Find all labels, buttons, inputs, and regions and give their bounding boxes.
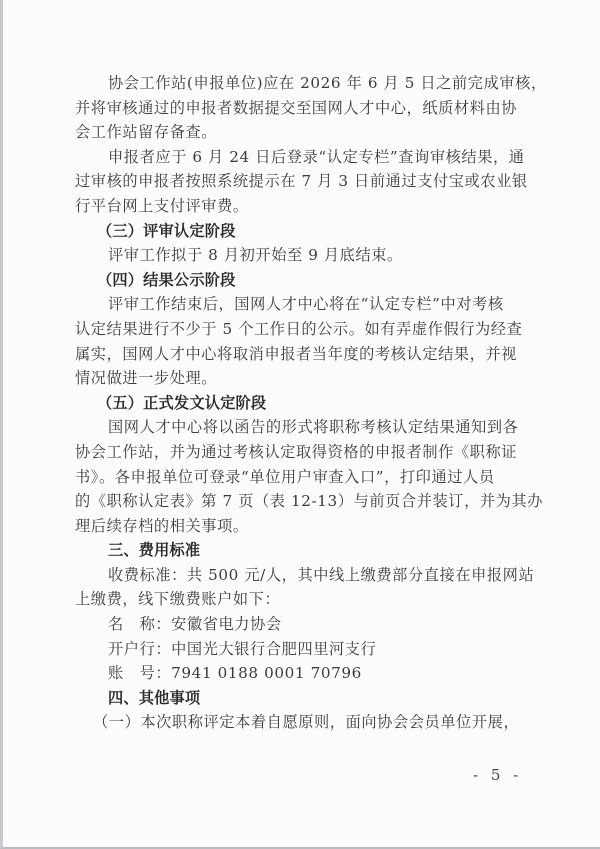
paragraph-line: 情况做进一步处理。 xyxy=(75,366,525,391)
section-heading-fees: 三、费用标准 xyxy=(75,538,525,563)
paragraph-line: 书》。各申报单位可登录“单位用户审查入口”，打印通过人员 xyxy=(75,465,525,490)
paragraph-line: 协会工作站，并为通过考核认定取得资格的申报者制作《职称证 xyxy=(75,440,525,465)
paragraph-line: 评审工作拟于 8 月初开始至 9 月底结束。 xyxy=(75,243,525,268)
paragraph-line: （一）本次职称评定本着自愿原则，面向协会会员单位开展， xyxy=(75,710,525,735)
paragraph-line: 理后续存档的相关事项。 xyxy=(75,514,525,539)
paragraph-line: 认定结果进行不少于 5 个工作日的公示。如有弄虚作假行为经查 xyxy=(75,317,525,342)
paragraph-line: 协会工作站(申报单位)应在 2026 年 6 月 5 日之前完成审核， xyxy=(75,71,525,96)
paragraph-line: 会工作站留存备查。 xyxy=(75,120,525,145)
paragraph-line: 收费标准：共 500 元/人，其中线上缴费部分直接在申报网站 xyxy=(75,563,525,588)
document-body: 协会工作站(申报单位)应在 2026 年 6 月 5 日之前完成审核， 并将审核… xyxy=(75,71,525,735)
paragraph-line: 国网人才中心将以函告的形式将职称考核认定结果通知到各 xyxy=(75,415,525,440)
account-bank: 开户行：中国光大银行合肥四里河支行 xyxy=(75,637,525,662)
section-heading-other: 四、其他事项 xyxy=(75,686,525,711)
paragraph-line: 评审工作结束后，国网人才中心将在“认定专栏”中对考核 xyxy=(75,292,525,317)
document-page: 协会工作站(申报单位)应在 2026 年 6 月 5 日之前完成审核， 并将审核… xyxy=(0,0,600,849)
paragraph-line: 的《职称认定表》第 7 页（表 12-13）与前页合并装订，并为其办 xyxy=(75,489,525,514)
section-heading-official: （五）正式发文认定阶段 xyxy=(75,391,525,416)
page-number: - 5 - xyxy=(473,766,522,784)
paragraph-line: 并将审核通过的申报者数据提交至国网人才中心，纸质材料由协 xyxy=(75,96,525,121)
account-number: 账 号：7941 0188 0001 70796 xyxy=(75,661,525,686)
paragraph-line: 上缴费，线下缴费账户如下： xyxy=(75,587,525,612)
paragraph-line: 申报者应于 6 月 24 日后登录“认定专栏”查询审核结果，通 xyxy=(75,145,525,170)
paragraph-line: 行平台网上支付评审费。 xyxy=(75,194,525,219)
paragraph-line: 属实，国网人才中心将取消申报者当年度的考核认定结果，并视 xyxy=(75,342,525,367)
paragraph-line: 过审核的申报者按照系统提示在 7 月 3 日前通过支付宝或农业银 xyxy=(75,169,525,194)
section-heading-publicity: （四）结果公示阶段 xyxy=(75,268,525,293)
account-name: 名 称：安徽省电力协会 xyxy=(75,612,525,637)
section-heading-review: （三）评审认定阶段 xyxy=(75,219,525,244)
